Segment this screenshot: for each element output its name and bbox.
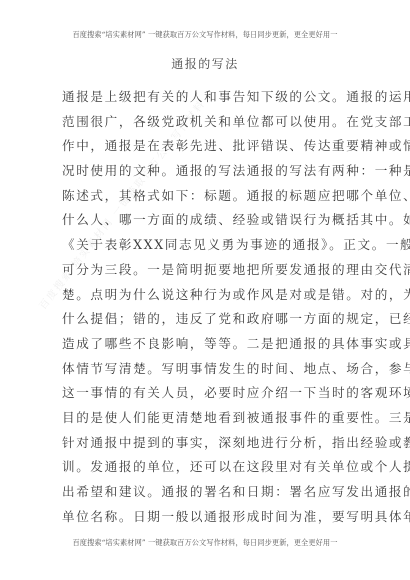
body-line: 《关于表彰XXX同志见义勇为事迹的通报》。正文。一般 [62,235,352,260]
body-line: 范围很广，各级党政机关和单位都可以使用。在党支部工 [62,112,352,137]
document-page: 百度搜索“培实素材网” 一键获取百万公文写作材料，每日同步更新，更全更好用一 通… [0,0,410,580]
body-line: 出希望和建议。通报的署名和日期：署名应写发出通报的 [62,482,352,507]
body-line: 单位名称。日期一般以通报形成时间为准，要写明具体年 [62,507,352,532]
body-line: 针对通报中提到的事实，深刻地进行分析，指出经验或教 [62,433,352,458]
body-line: 作中，通报是在表彰先进、批评错误、传达重要精神或情 [62,136,352,161]
body-line: 目的是使人们能更清楚地看到被通报事件的重要性。三是 [62,408,352,433]
body-line: 况时使用的文种。通报的写法通报的写法有两种：一种是 [62,161,352,186]
body-line: 什么提倡；错的，违反了党和政府哪一方面的规定，已经 [62,309,352,334]
footer-banner: 百度搜索“培实素材网” 一键获取百万公文写作材料，每日同步更新，更全更好用一 [0,538,410,548]
body-line: 陈述式，其格式如下：标题。通报的标题应把哪个单位、 [62,186,352,211]
document-title: 通报的写法 [0,55,410,72]
body-line: 可分为三段。一是简明扼要地把所要发通报的理由交代清 [62,260,352,285]
body-line: 训。发通报的单位，还可以在这段里对有关单位或个人提 [62,457,352,482]
body-line: 什么人、哪一方面的成绩、经验或错误行为概括其中。如 [62,210,352,235]
body-line: 这一事情的有关人员，必要时应介绍一下当时的客观环境 [62,383,352,408]
document-body: 通报是上级把有关的人和事告知下级的公文。通报的运用 范围很广，各级党政机关和单位… [62,87,352,531]
body-line: 通报是上级把有关的人和事告知下级的公文。通报的运用 [62,87,352,112]
body-line: 造成了哪些不良影响，等等。二是把通报的具体事实或具 [62,334,352,359]
body-line: 体情节写清楚。写明事情发生的时间、地点、场合，参与 [62,359,352,384]
header-banner: 百度搜索“培实素材网” 一键获取百万公文写作材料，每日同步更新，更全更好用一 [0,30,410,40]
body-line: 楚。点明为什么说这种行为或作风是对或是错。对的，为 [62,285,352,310]
